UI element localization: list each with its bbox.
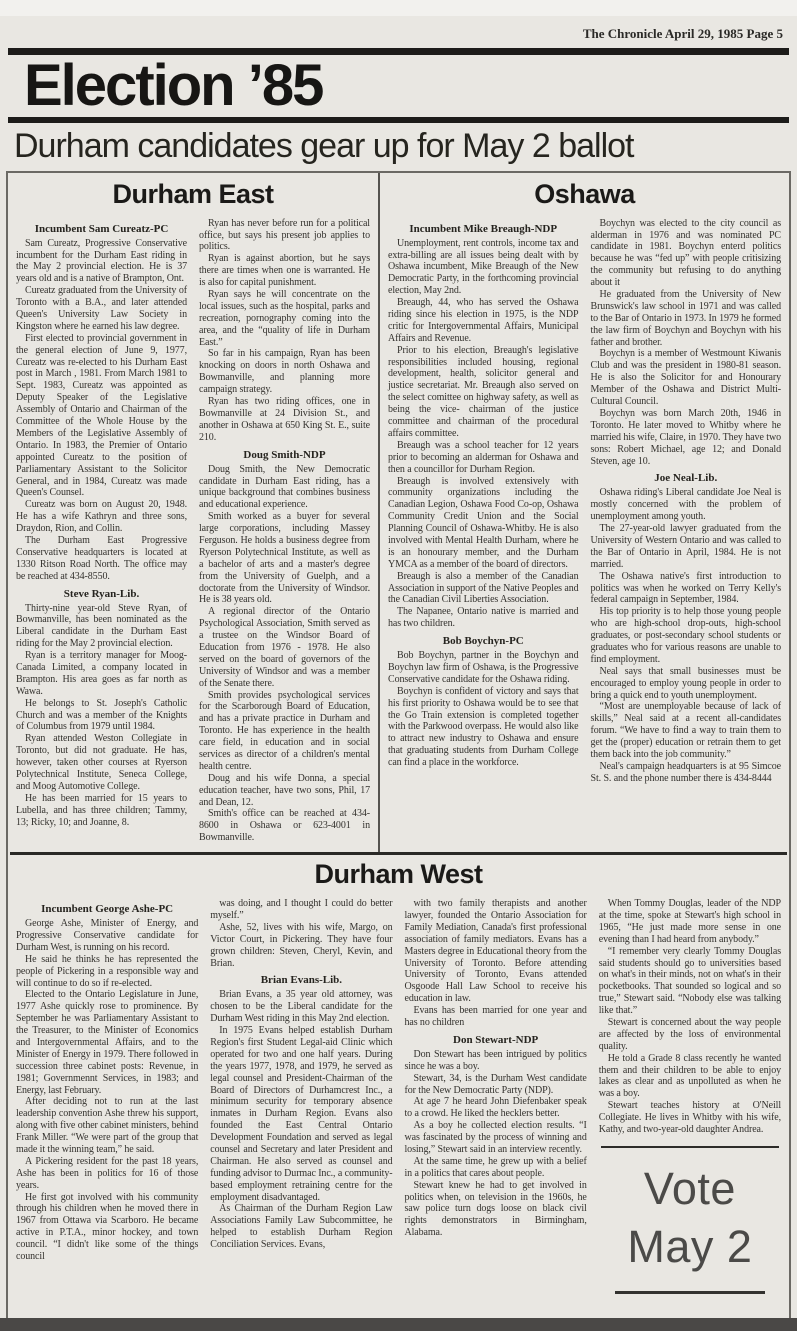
article-paragraph: Ryan is against abortion, but he says th… <box>199 253 370 289</box>
article-paragraph: Neal's campaign headquarters is at 95 Si… <box>591 761 782 785</box>
vote-line2: May 2 <box>599 1218 781 1277</box>
candidate-subhead: Brian Evans-Lib. <box>210 974 392 986</box>
article-paragraph: Doug and his wife Donna, a special educa… <box>199 773 370 809</box>
durham-west-col4: When Tommy Douglas, leader of the NDP at… <box>599 898 781 1294</box>
durham-west-col2: was doing, and I thought I could do bett… <box>210 898 392 1251</box>
banner-rule <box>8 117 789 123</box>
article-paragraph: In 1975 Evans helped establish Durham Re… <box>210 1025 392 1203</box>
article-paragraph: Brian Evans, a 35 year old attorney, was… <box>210 989 392 1025</box>
masthead-issue-line: The Chronicle April 29, 1985 Page 5 <box>583 26 783 41</box>
candidate-subhead: Bob Boychyn-PC <box>388 635 579 647</box>
articles-frame: Durham East Incumbent Sam Cureatz-PCSam … <box>6 171 791 1318</box>
masthead: The Chronicle April 29, 1985 Page 5 <box>0 16 797 46</box>
article-paragraph: Doug Smith, the New Democratic candidate… <box>199 464 370 512</box>
article-paragraph: A regional director of the Ontario Psych… <box>199 606 370 689</box>
candidate-subhead: Doug Smith-NDP <box>199 449 370 461</box>
article-paragraph: The Oshawa native's first introduction t… <box>591 571 782 607</box>
durham-east-col2: Ryan has never before run for a politica… <box>199 218 370 844</box>
candidate-subhead: Don Stewart-NDP <box>405 1034 587 1046</box>
article-paragraph: Ashe, 52, lives with his wife, Margo, on… <box>210 922 392 970</box>
article-paragraph: After deciding not to run at the last le… <box>16 1096 198 1155</box>
article-paragraph: Smith worked as a buyer for several larg… <box>199 511 370 606</box>
oshawa-col2: Boychyn was elected to the city council … <box>591 218 782 785</box>
article-paragraph: Oshawa riding's Liberal candidate Joe Ne… <box>591 487 782 523</box>
article-paragraph: Ryan attended Weston Collegiate in Toron… <box>16 733 187 792</box>
article-paragraph: First elected to provincial government i… <box>16 333 187 499</box>
article-paragraph: George Ashe, Minister of Energy, and Pro… <box>16 918 198 954</box>
durham-west-columns: Incumbent George Ashe-PCGeorge Ashe, Min… <box>16 898 781 1294</box>
article-paragraph: He first got involved with his community… <box>16 1192 198 1263</box>
article-paragraph: Cureatz was born on August 20, 1948. He … <box>16 499 187 535</box>
article-paragraph: Ryan has two riding offices, one in Bowm… <box>199 396 370 444</box>
article-paragraph: Breaugh, 44, who has served the Oshawa r… <box>388 297 579 345</box>
article-paragraph: When Tommy Douglas, leader of the NDP at… <box>599 898 781 946</box>
durham-west-col4-text: When Tommy Douglas, leader of the NDP at… <box>599 898 781 1136</box>
vote-line1: Vote <box>599 1160 781 1219</box>
article-paragraph: “Most are unemployable because of lack o… <box>591 701 782 760</box>
article-paragraph: He belongs to St. Joseph's Catholic Chur… <box>16 698 187 734</box>
candidate-subhead: Steve Ryan-Lib. <box>16 588 187 600</box>
section-durham-west: Durham West Incumbent George Ashe-PCGeor… <box>8 855 789 1300</box>
article-paragraph: Prior to his election, Breaugh's legisla… <box>388 345 579 440</box>
banner-title: Election ’85 <box>24 57 797 115</box>
article-paragraph: He said he thinks he has represented the… <box>16 954 198 990</box>
article-paragraph: Breaugh was a school teacher for 12 year… <box>388 440 579 476</box>
article-paragraph: Boychyn is confident of victory and says… <box>388 686 579 769</box>
article-paragraph: Ryan is a territory manager for Moog-Can… <box>16 650 187 698</box>
article-paragraph: Stewart, 34, is the Durham West candidat… <box>405 1073 587 1097</box>
article-paragraph: Smith provides psychological services fo… <box>199 690 370 773</box>
bottom-margin <box>8 1300 789 1318</box>
vote-may2-box: Vote May 2 <box>599 1154 781 1294</box>
article-paragraph: At age 7 he heard John Diefenbaker speak… <box>405 1096 587 1120</box>
article-paragraph: A Pickering resident for the past 18 yea… <box>16 1156 198 1192</box>
article-paragraph: Boychyn was elected to the city council … <box>591 218 782 289</box>
candidate-subhead: Incumbent George Ashe-PC <box>16 903 198 915</box>
article-paragraph: As a boy he collected election results. … <box>405 1120 587 1156</box>
article-paragraph: He told a Grade 8 class recently he want… <box>599 1053 781 1101</box>
article-paragraph: He has been married for 15 years to Lube… <box>16 793 187 829</box>
section-durham-east: Durham East Incumbent Sam Cureatz-PCSam … <box>8 173 380 852</box>
article-paragraph: Stewart knew he had to get involved in p… <box>405 1180 587 1239</box>
article-paragraph: Elected to the Ontario Legislature in Ju… <box>16 989 198 1096</box>
vote-box-top-rule <box>601 1146 779 1148</box>
article-paragraph: Neal says that small businesses must be … <box>591 666 782 702</box>
article-paragraph: Boychyn is a member of Westmount Kiwanis… <box>591 348 782 407</box>
article-paragraph: Ryan has never before run for a politica… <box>199 218 370 254</box>
scan-bottom-band <box>0 1318 797 1331</box>
durham-east-title: Durham East <box>16 179 370 210</box>
durham-west-col3: with two family therapists and another l… <box>405 898 587 1239</box>
article-paragraph: So far in his campaign, Ryan has been kn… <box>199 348 370 396</box>
article-paragraph: with two family therapists and another l… <box>405 898 587 1005</box>
article-paragraph: Unemployment, rent controls, income tax … <box>388 238 579 297</box>
candidate-subhead: Incumbent Mike Breaugh-NDP <box>388 223 579 235</box>
article-paragraph: Thirty-nine year-old Steve Ryan, of Bowm… <box>16 603 187 651</box>
top-sections: Durham East Incumbent Sam Cureatz-PCSam … <box>8 173 789 852</box>
article-paragraph: As Chairman of the Durham Region Law Ass… <box>210 1203 392 1251</box>
oshawa-columns: Incumbent Mike Breaugh-NDPUnemployment, … <box>388 218 781 785</box>
article-paragraph: At the same time, he grew up with a beli… <box>405 1156 587 1180</box>
durham-west-col1: Incumbent George Ashe-PCGeorge Ashe, Min… <box>16 898 198 1263</box>
article-paragraph: Stewart teaches history at O'Neill Colle… <box>599 1100 781 1136</box>
article-paragraph: The 27-year-old lawyer graduated from th… <box>591 523 782 571</box>
newspaper-page: The Chronicle April 29, 1985 Page 5 Elec… <box>0 0 797 1331</box>
article-paragraph: Ryan says he will concentrate on the loc… <box>199 289 370 348</box>
article-paragraph: Don Stewart has been intrigued by politi… <box>405 1049 587 1073</box>
article-paragraph: The Napanee, Ontario native is married a… <box>388 606 579 630</box>
article-paragraph: He graduated from the University of New … <box>591 289 782 348</box>
article-paragraph: was doing, and I thought I could do bett… <box>210 898 392 922</box>
article-paragraph: Sam Cureatz, Progressive Conservative in… <box>16 238 187 286</box>
vote-box-underline <box>615 1291 765 1294</box>
oshawa-title: Oshawa <box>388 179 781 210</box>
article-paragraph: Breaugh is also a member of the Canadian… <box>388 571 579 607</box>
article-paragraph: Cureatz graduated from the University of… <box>16 285 187 333</box>
candidate-subhead: Incumbent Sam Cureatz-PC <box>16 223 187 235</box>
banner-subtitle: Durham candidates gear up for May 2 ball… <box>14 129 797 165</box>
article-paragraph: The Durham East Progressive Conservative… <box>16 535 187 583</box>
durham-west-title: Durham West <box>16 859 781 890</box>
article-paragraph: Stewart is concerned about the way peopl… <box>599 1017 781 1053</box>
article-paragraph: Boychyn was born March 20th, 1946 in Tor… <box>591 408 782 467</box>
article-paragraph: Evans has been married for one year and … <box>405 1005 587 1029</box>
article-paragraph: “I remember very clearly Tommy Douglas s… <box>599 946 781 1017</box>
oshawa-col1: Incumbent Mike Breaugh-NDPUnemployment, … <box>388 218 579 769</box>
article-paragraph: Breaugh is involved extensively with com… <box>388 476 579 571</box>
section-oshawa: Oshawa Incumbent Mike Breaugh-NDPUnemplo… <box>380 173 789 852</box>
scan-margin <box>0 0 797 16</box>
durham-east-columns: Incumbent Sam Cureatz-PCSam Cureatz, Pro… <box>16 218 370 844</box>
article-paragraph: His top priority is to help those young … <box>591 606 782 665</box>
durham-east-col1: Incumbent Sam Cureatz-PCSam Cureatz, Pro… <box>16 218 187 829</box>
article-paragraph: Bob Boychyn, partner in the Boychyn and … <box>388 650 579 686</box>
candidate-subhead: Joe Neal-Lib. <box>591 472 782 484</box>
article-paragraph: Smith's office can be reached at 434-860… <box>199 808 370 844</box>
